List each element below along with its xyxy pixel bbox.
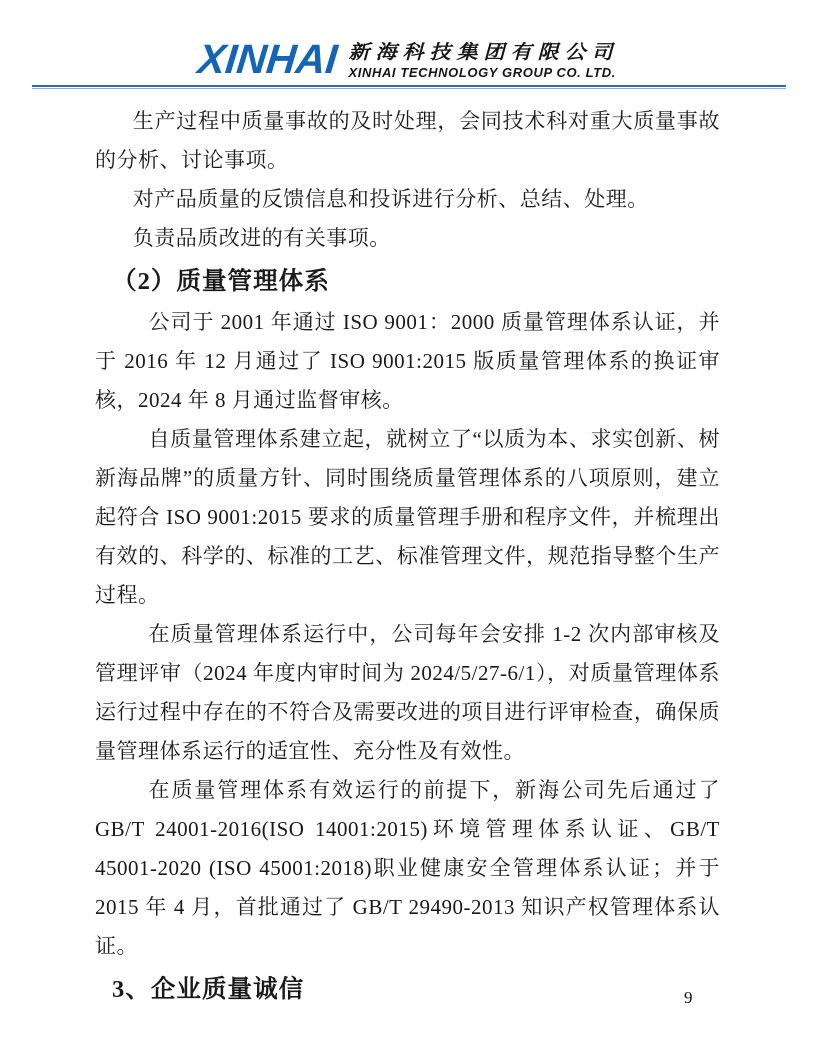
paragraph-iso-certification-history: 公司于 2001 年通过 ISO 9001：2000 质量管理体系认证，并于 2… (95, 303, 720, 420)
company-name-english: XINHAI TECHNOLOGY GROUP CO. LTD. (348, 66, 615, 79)
company-name-chinese: 新海科技集团有限公司 (348, 43, 618, 62)
paragraph-quality-policy: 自质量管理体系建立起，就树立了“以质为本、求实创新、树新海品牌”的质量方针、同时… (95, 420, 720, 615)
paragraph-other-certifications: 在质量管理体系有效运行的前提下，新海公司先后通过了 GB/T 24001-201… (95, 771, 720, 966)
company-name-block: 新海科技集团有限公司 XINHAI TECHNOLOGY GROUP CO. L… (348, 42, 618, 79)
company-letterhead: XINHAI 新海科技集团有限公司 XINHAI TECHNOLOGY GROU… (0, 0, 816, 79)
paragraph-quality-improvement: 负责品质改进的有关事项。 (95, 219, 720, 258)
document-body: 生产过程中质量事故的及时处理，会同技术科对重大质量事故的分析、讨论事项。 对产品… (0, 89, 816, 1009)
section-heading-enterprise-quality-integrity: 3、企业质量诚信 (112, 970, 720, 1009)
paragraph-internal-audit: 在质量管理体系运行中，公司每年会安排 1-2 次内部审核及管理评审（2024 年… (95, 615, 720, 771)
paragraph-feedback-complaints: 对产品质量的反馈信息和投诉进行分析、总结、处理。 (95, 180, 720, 219)
section-heading-quality-management-system: （2）质量管理体系 (112, 262, 720, 301)
paragraph-quality-incident-handling: 生产过程中质量事故的及时处理，会同技术科对重大质量事故的分析、讨论事项。 (95, 102, 720, 180)
page-number: 9 (684, 988, 693, 1008)
document-page: XINHAI 新海科技集团有限公司 XINHAI TECHNOLOGY GROU… (0, 0, 816, 1056)
company-logo: XINHAI (196, 43, 339, 79)
